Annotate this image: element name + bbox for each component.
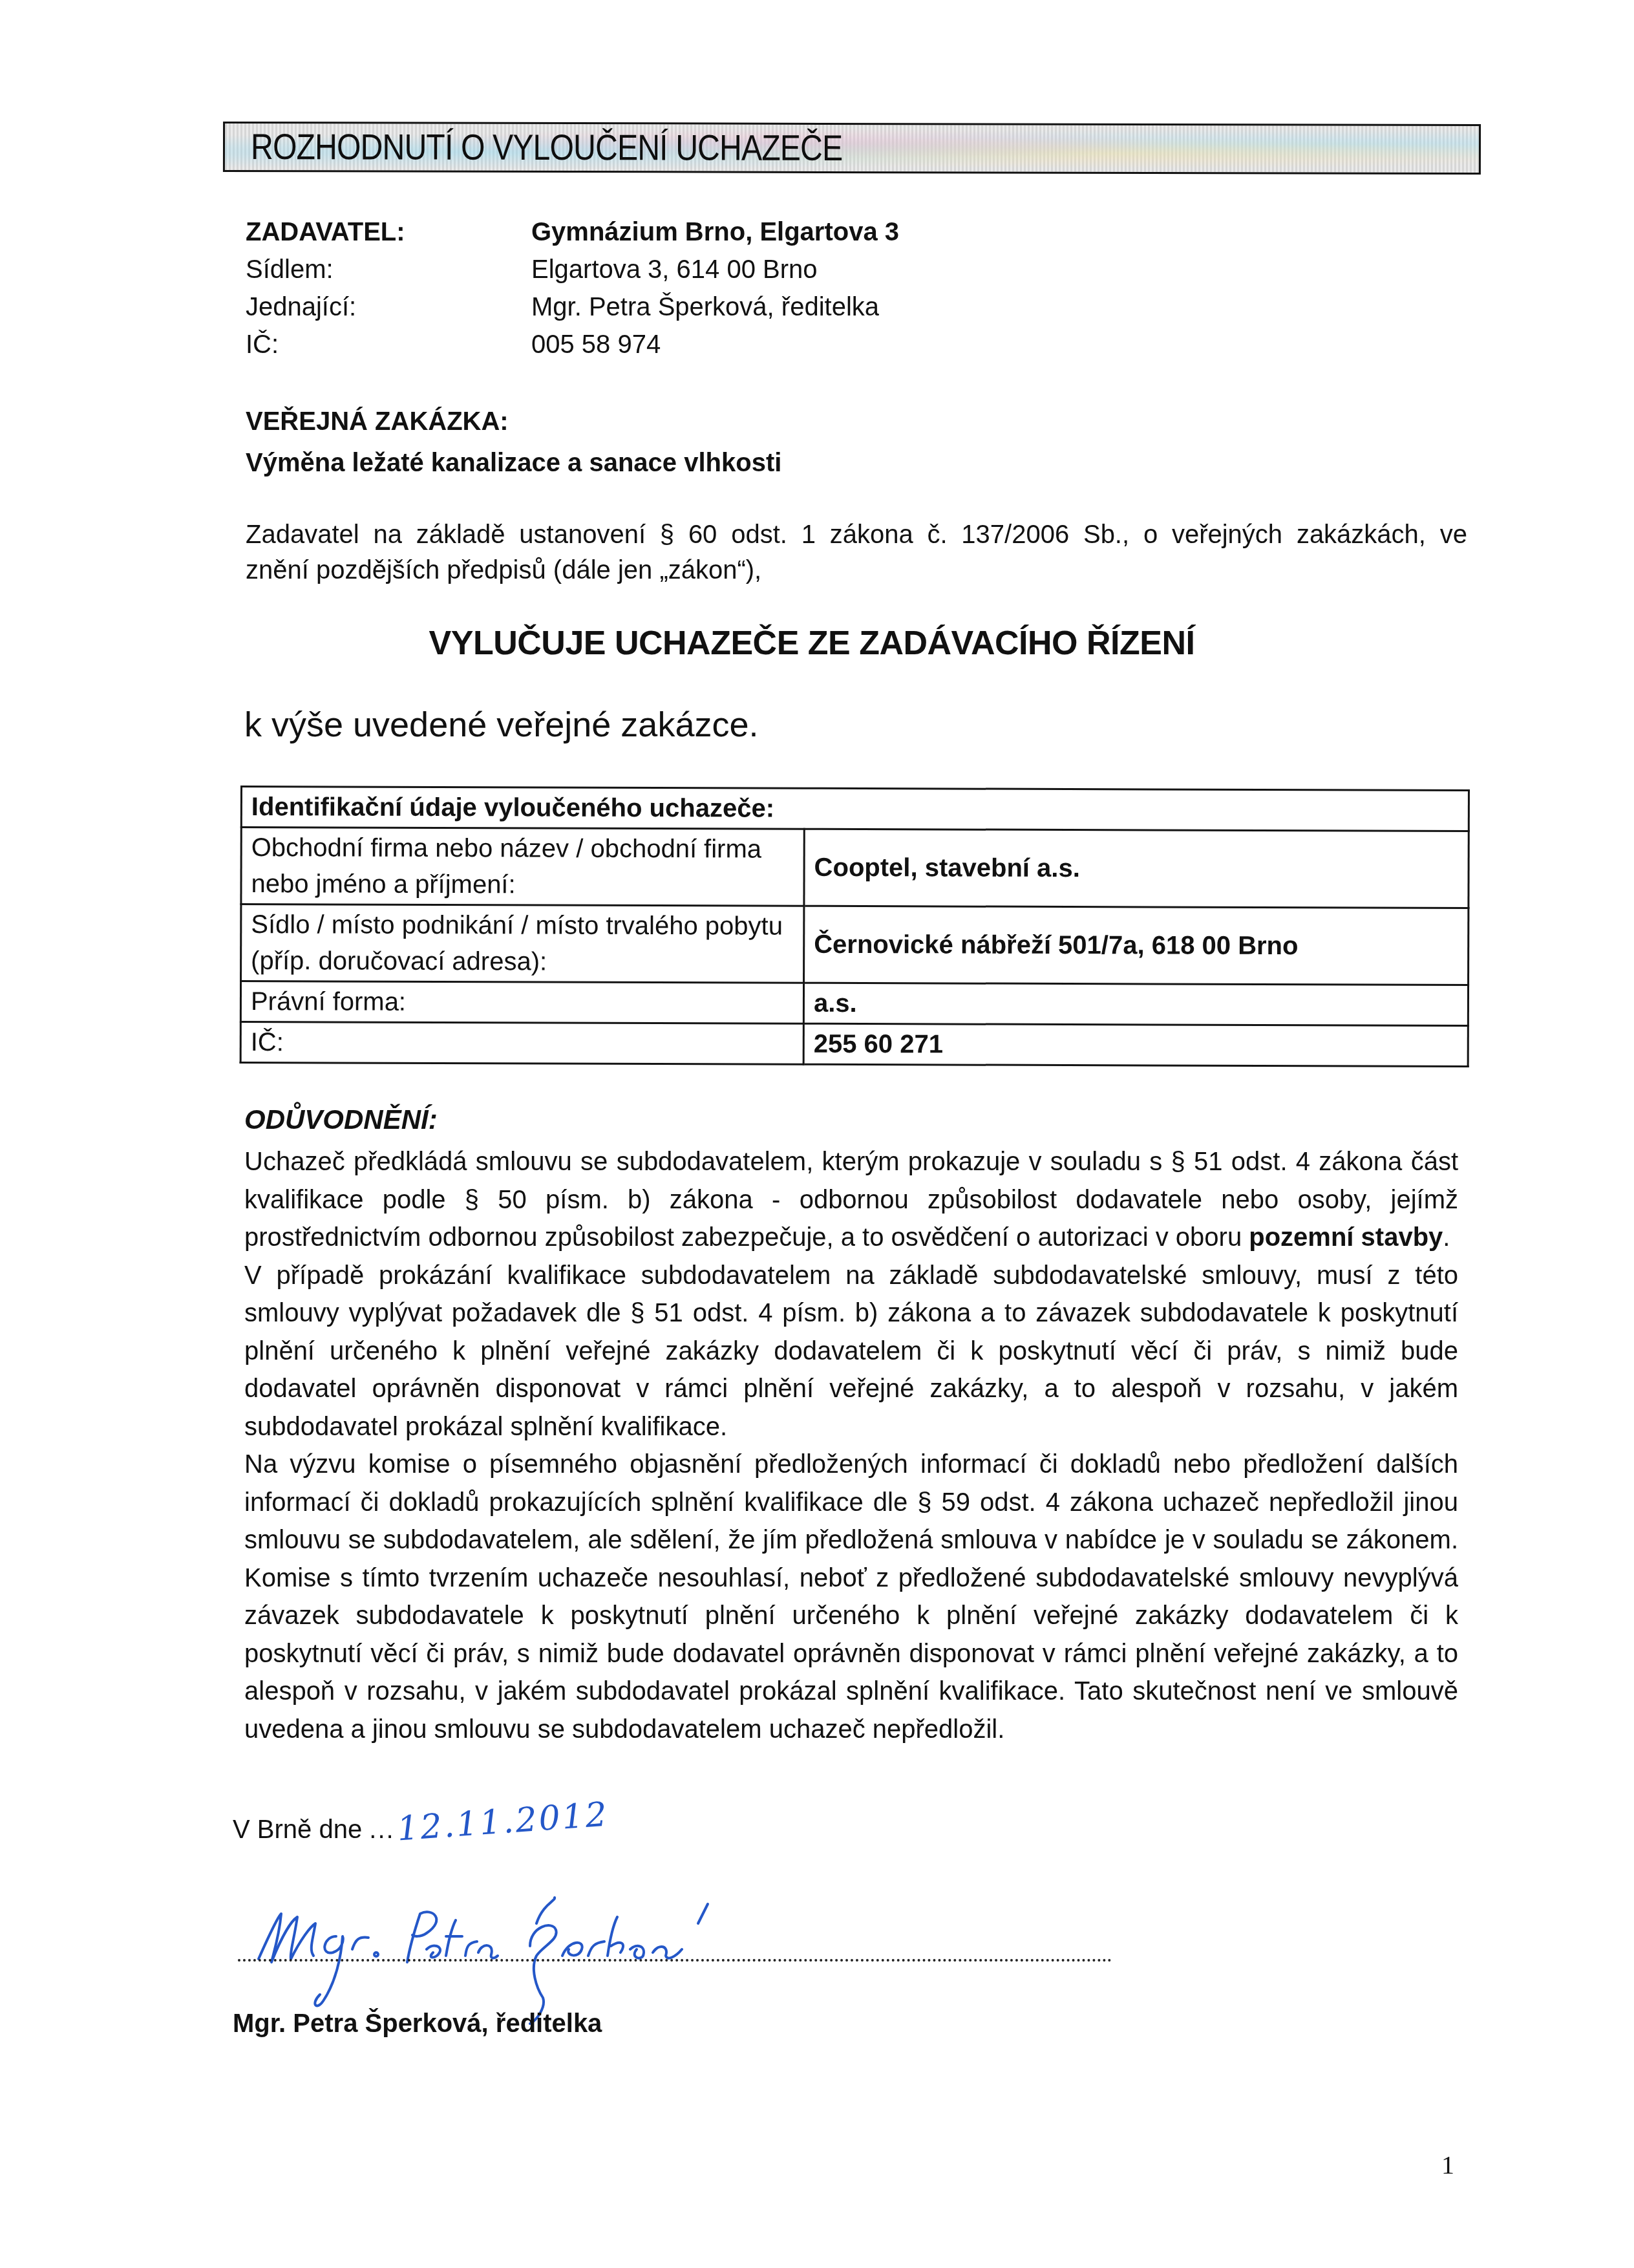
public-contract-block: VEŘEJNÁ ZAKÁZKA: Výměna ležaté kanalizac… [246,401,781,484]
date-dots: ... [369,1810,394,1849]
title-banner: ROZHODNUTÍ O VYLOUČENÍ UCHAZEČE [223,122,1481,175]
decision-statement-text: VYLUČUJE UCHAZEČE ZE ZADÁVACÍHO ŘÍZENÍ [429,624,1195,663]
table-heading: Identifikační údaje vyloučeného uchazeče… [241,787,1469,831]
justification-heading: ODŮVODNĚNÍ: [244,1099,1458,1140]
legal-basis-line-2: znění pozdějších předpisů (dále jen „zák… [246,556,761,584]
document-page: ROZHODNUTÍ O VYLOUČENÍ UCHAZEČE ZADAVATE… [0,0,1634,2268]
table-row: IČ: 255 60 271 [240,1022,1468,1067]
table-header-row: Identifikační údaje vyloučeného uchazeče… [241,787,1469,831]
decision-subject: k výše uvedené veřejné zakázce. [244,705,758,745]
justification-section: ODŮVODNĚNÍ: Uchazeč předkládá smlouvu se… [244,1099,1458,1748]
bidder-legal-form-value: a.s. [803,983,1468,1025]
bidder-address-label: Sídlo / místo podnikání / místo trvalého… [241,904,804,983]
legal-basis-line-1: Zadavatel na základě ustanovení § 60 ods… [246,517,1467,553]
contract-heading: VEŘEJNÁ ZAKÁZKA: [246,401,781,442]
contracting-authority-block: ZADAVATEL: Gymnázium Brno, Elgartova 3 S… [246,213,899,363]
authority-id-value: 005 58 974 [531,326,661,363]
authority-representative-label: Jednající: [246,288,531,326]
bidder-address-value: Černovické nábřeží 501/7a, 618 00 Brno [804,906,1469,985]
contract-name: Výměna ležaté kanalizace a sanace vlhkos… [246,442,781,484]
handwritten-date: 12.11.2012 [396,1795,610,1849]
justification-p1-end: . [1443,1223,1450,1252]
authority-id-row: IČ: 005 58 974 [246,326,899,363]
authority-seat-label: Sídlem: [246,251,531,288]
justification-paragraph-1: Uchazeč předkládá smlouvu se subdodavate… [244,1143,1458,1257]
authority-heading: ZADAVATEL: [246,213,531,251]
excluded-bidder-table: Identifikační údaje vyloučeného uchazeče… [240,786,1470,1067]
justification-paragraph-3: Na výzvu komise o písemného objasnění př… [244,1446,1458,1748]
justification-paragraph-2: V případě prokázání kvalifikace subdodav… [244,1257,1458,1446]
signature-area [233,1885,1125,2027]
authority-name: Gymnázium Brno, Elgartova 3 [531,213,899,251]
authority-representative-value: Mgr. Petra Šperková, ředitelka [531,288,879,326]
place-and-date: V Brně dne ...12.11.2012 [233,1810,609,1849]
bidder-name-label: Obchodní firma nebo název / obchodní fir… [241,828,804,906]
table-row: Sídlo / místo podnikání / místo trvalého… [241,904,1469,985]
authority-name-row: ZADAVATEL: Gymnázium Brno, Elgartova 3 [246,213,899,251]
justification-p1-bold: pozemní stavby [1249,1223,1443,1252]
authority-representative-row: Jednající: Mgr. Petra Šperková, ředitelk… [246,288,899,326]
document-title: ROZHODNUTÍ O VYLOUČENÍ UCHAZEČE [251,127,842,167]
place-prefix: V Brně dne [233,1810,362,1849]
handwritten-signature-icon [233,1885,814,2027]
decision-statement: VYLUČUJE UCHAZEČE ZE ZADÁVACÍHO ŘÍZENÍ [0,624,1634,663]
authority-id-label: IČ: [246,326,531,363]
signatory-name: Mgr. Petra Šperková, ředitelka [233,2009,602,2038]
bidder-id-label: IČ: [240,1022,803,1065]
table-row: Obchodní firma nebo název / obchodní fir… [241,828,1469,908]
table-row: Právní forma: a.s. [240,981,1468,1026]
signature-line [238,1959,1112,1962]
bidder-legal-form-label: Právní forma: [240,981,803,1024]
authority-seat-value: Elgartova 3, 614 00 Brno [531,251,818,288]
bidder-id-value: 255 60 271 [803,1023,1468,1066]
bidder-name-value: Cooptel, stavební a.s. [804,829,1469,908]
page-number: 1 [1441,2150,1454,2180]
authority-seat-row: Sídlem: Elgartova 3, 614 00 Brno [246,251,899,288]
legal-basis-paragraph: Zadavatel na základě ustanovení § 60 ods… [246,517,1467,588]
